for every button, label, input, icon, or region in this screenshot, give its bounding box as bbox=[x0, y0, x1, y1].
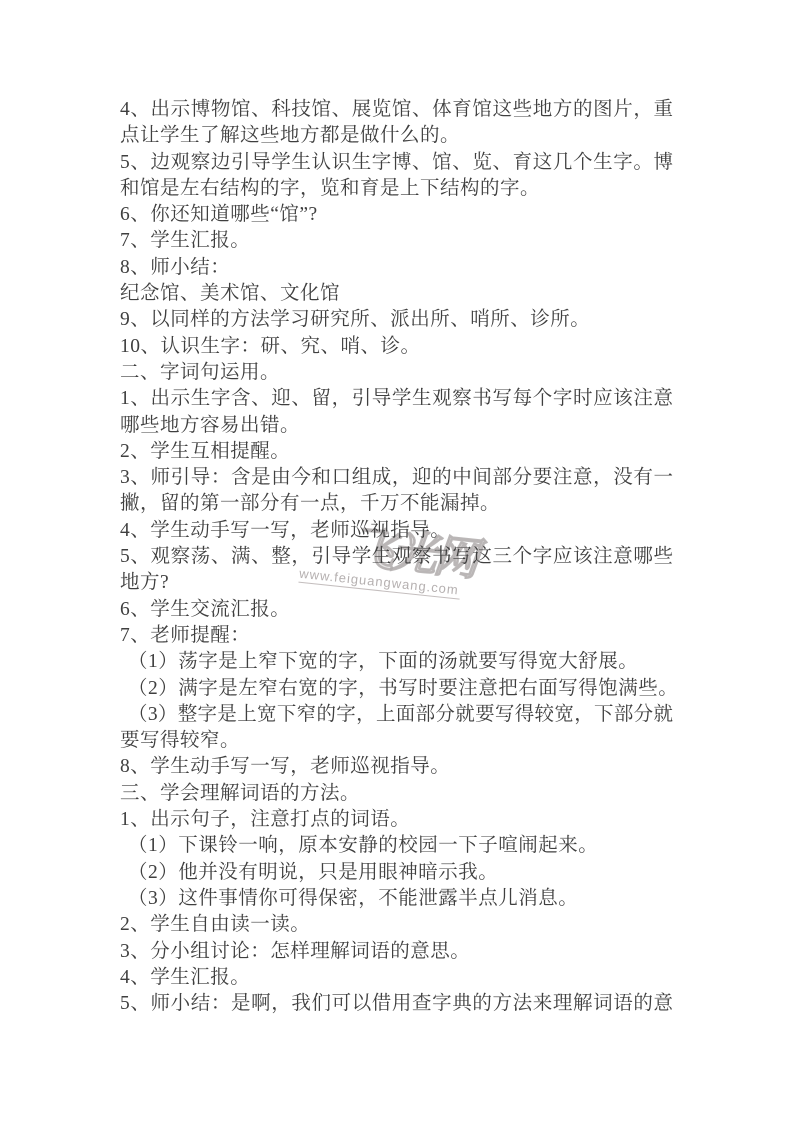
document-text-block: 4、出示博物馆、科技馆、展览馆、体育馆这些地方的图片，重点让学生了解这些地方都是… bbox=[120, 97, 673, 1017]
text-line: 2、学生互相提醒。 bbox=[120, 439, 673, 465]
text-line: 点让学生了解这些地方都是做什么的。 bbox=[120, 123, 673, 149]
text-line: （1）下课铃一响，原本安静的校园一下子喧闹起来。 bbox=[120, 833, 673, 859]
text-line: 3、师引导：含是由今和口组成，迎的中间部分要注意，没有一 bbox=[120, 465, 673, 491]
text-line: 三、学会理解词语的方法。 bbox=[120, 781, 673, 807]
text-line: 5、观察荡、满、整，引导学生观察书写这三个字应该注意哪些 bbox=[120, 544, 673, 570]
text-line: 地方? bbox=[120, 570, 673, 596]
text-line: 7、老师提醒： bbox=[120, 623, 673, 649]
text-line: 3、分小组讨论：怎样理解词语的意思。 bbox=[120, 939, 673, 965]
text-line: （1）荡字是上窄下宽的字，下面的汤就要写得宽大舒展。 bbox=[120, 649, 673, 675]
text-line: 纪念馆、美术馆、文化馆 bbox=[120, 281, 673, 307]
text-line: 要写得较窄。 bbox=[120, 728, 673, 754]
text-line: 4、出示博物馆、科技馆、展览馆、体育馆这些地方的图片，重 bbox=[120, 97, 673, 123]
text-line: 1、出示句子，注意打点的词语。 bbox=[120, 807, 673, 833]
text-line: 二、字词句运用。 bbox=[120, 360, 673, 386]
text-line: 和馆是左右结构的字，览和育是上下结构的字。 bbox=[120, 176, 673, 202]
text-line: 8、学生动手写一写，老师巡视指导。 bbox=[120, 754, 673, 780]
text-line: （3）整字是上宽下窄的字，上面部分就要写得较宽，下部分就 bbox=[120, 702, 673, 728]
text-line: 6、你还知道哪些“馆”? bbox=[120, 202, 673, 228]
text-line: 撇，留的第一部分有一点，千万不能漏掉。 bbox=[120, 491, 673, 517]
text-line: 1、出示生字含、迎、留，引导学生观察书写每个字时应该注意 bbox=[120, 386, 673, 412]
text-line: 9、以同样的方法学习研究所、派出所、哨所、诊所。 bbox=[120, 307, 673, 333]
text-line: 5、师小结：是啊，我们可以借用查字典的方法来理解词语的意 bbox=[120, 991, 673, 1017]
text-line: 4、学生汇报。 bbox=[120, 965, 673, 991]
text-line: 7、学生汇报。 bbox=[120, 228, 673, 254]
text-line: （2）他并没有明说，只是用眼神暗示我。 bbox=[120, 860, 673, 886]
text-line: 哪些地方容易出错。 bbox=[120, 413, 673, 439]
text-line: 6、学生交流汇报。 bbox=[120, 597, 673, 623]
text-line: 2、学生自由读一读。 bbox=[120, 912, 673, 938]
text-line: 5、边观察边引导学生认识生字博、馆、览、育这几个生字。博 bbox=[120, 150, 673, 176]
document-page: 飞光网 www.feiguangwang.com 4、出示博物馆、科技馆、展览馆… bbox=[0, 0, 793, 1122]
text-line: 8、师小结： bbox=[120, 255, 673, 281]
text-line: （2）满字是左窄右宽的字，书写时要注意把右面写得饱满些。 bbox=[120, 676, 673, 702]
text-line: 4、学生动手写一写，老师巡视指导。 bbox=[120, 518, 673, 544]
text-line: 10、认识生字：研、究、哨、诊。 bbox=[120, 334, 673, 360]
text-line: （3）这件事情你可得保密，不能泄露半点儿消息。 bbox=[120, 886, 673, 912]
